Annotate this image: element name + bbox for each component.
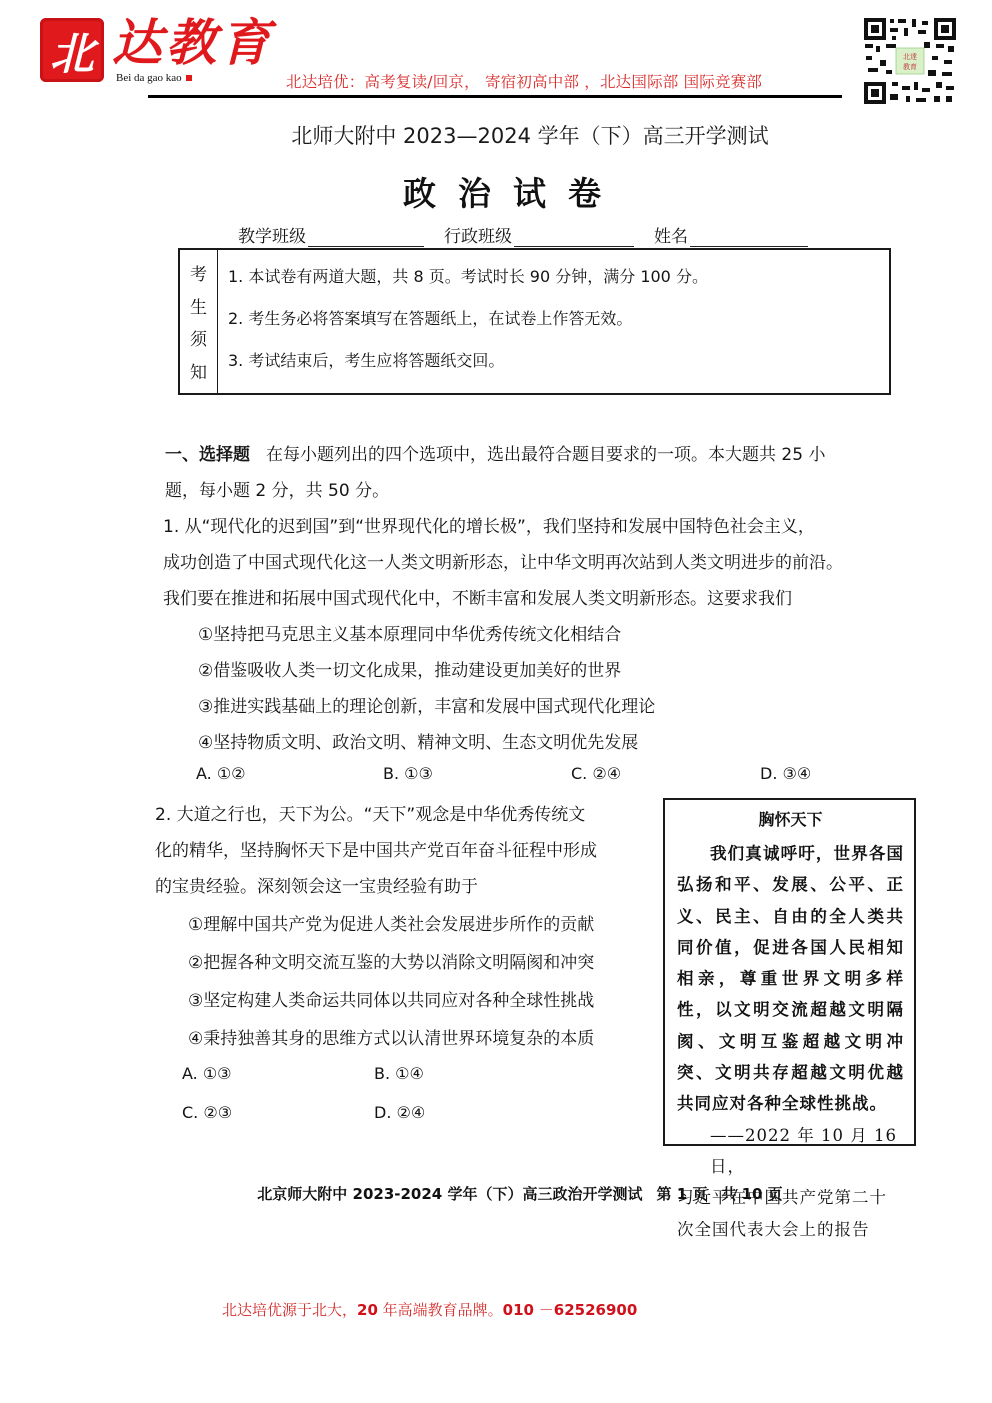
q2-option-d[interactable]: D. ②④ xyxy=(374,1103,425,1122)
q1-stem-line: 1. 从“现代化的迟到国”到“世界现代化的增长极”，我们坚持和发展中国特色社会主… xyxy=(163,512,815,537)
svg-text:教育: 教育 xyxy=(903,62,917,71)
q2-stem-line: 的宝贵经验。深刻领会这一宝贵经验有助于 xyxy=(155,872,478,897)
q1-option-a[interactable]: A. ①② xyxy=(196,764,383,783)
student-info-fields: 教学班级 行政班级 姓名 xyxy=(238,222,808,247)
name-label: 姓名 xyxy=(654,222,688,247)
section-instructions: 在每小题列出的四个选项中，选出最符合题目要求的一项。本大题共 25 小 xyxy=(266,445,825,465)
ad-footer: 北达培优源于北大，20 年高端教育品牌。010 －62526900 xyxy=(222,1299,637,1320)
q1-statement: ①坚持把马克思主义基本原理同中华优秀传统文化相结合 xyxy=(198,620,621,645)
admin-class-input[interactable] xyxy=(514,229,634,247)
header-slogan: 北达培优：高考复读/回京， 寄宿初高中部 ，北达国际部 国际竞赛部 xyxy=(286,70,762,92)
q1-statement: ②借鉴吸收人类一切文化成果，推动建设更加美好的世界 xyxy=(198,656,621,681)
notice-item: 3. 考试结束后，考生应将答题纸交回。 xyxy=(228,348,889,371)
teaching-class-label: 教学班级 xyxy=(238,222,306,247)
q2-statement: ①理解中国共产党为促进人类社会发展进步所作的贡献 xyxy=(188,910,594,935)
ad-phone-prefix: 010 xyxy=(503,1301,534,1319)
section-heading: 一、选择题 xyxy=(165,445,250,465)
quote-body: 我们真诚呼吁，世界各国弘扬和平、发展、公平、正义、民主、自由的全人类共同价值，促… xyxy=(677,838,904,1120)
logo-subtitle-text: Bei da gao kao xyxy=(116,72,182,84)
q1-statement: ③推进实践基础上的理论创新，丰富和发展中国式现代化理论 xyxy=(198,692,655,717)
header-divider xyxy=(148,95,842,98)
ad-years: 20 xyxy=(357,1301,378,1319)
logo-glyph: 北 xyxy=(50,18,94,82)
admin-class-field[interactable]: 行政班级 xyxy=(444,222,634,247)
exam-notice-box: 考 生 须 知 1. 本试卷有两道大题，共 8 页。考试时长 90 分钟，满分 … xyxy=(178,248,891,395)
q2-option-a[interactable]: A. ①③ xyxy=(182,1064,374,1083)
q2-stem-line: 化的精华，坚持胸怀天下是中国共产党百年奋斗征程中形成 xyxy=(155,836,597,861)
logo-mark: 北 xyxy=(40,18,104,82)
section-instructions-line1: 一、选择题在每小题列出的四个选项中，选出最符合题目要求的一项。本大题共 25 小 xyxy=(165,440,825,465)
ad-phone-number: 62526900 xyxy=(554,1301,638,1319)
q1-option-b[interactable]: B. ①③ xyxy=(383,764,571,783)
q2-options-row2: C. ②③ D. ②④ xyxy=(182,1103,425,1122)
quote-box: 胸怀天下 我们真诚呼吁，世界各国弘扬和平、发展、公平、正义、民主、自由的全人类共… xyxy=(663,798,916,1146)
page-footer: 北京师大附中 2023-2024 学年（下）高三政治开学测试第 1 页共 10 … xyxy=(0,1183,992,1204)
quote-source-date: ——2022 年 10 月 16 日， xyxy=(677,1120,904,1183)
teaching-class-field[interactable]: 教学班级 xyxy=(238,222,424,247)
q2-option-b[interactable]: B. ①④ xyxy=(374,1064,424,1083)
section-instructions-line2: 题，每小题 2 分，共 50 分。 xyxy=(165,476,389,501)
notice-item: 2. 考生务必将答案填写在答题纸上，在试卷上作答无效。 xyxy=(228,306,889,329)
notice-label-char: 考 xyxy=(190,260,207,285)
name-input[interactable] xyxy=(690,229,808,247)
qr-code-icon: 北達 教育 xyxy=(862,16,958,106)
name-field[interactable]: 姓名 xyxy=(654,222,808,247)
notice-items: 1. 本试卷有两道大题，共 8 页。考试时长 90 分钟，满分 100 分。 2… xyxy=(218,250,889,393)
svg-text:北達: 北達 xyxy=(903,52,917,61)
q1-option-d[interactable]: D. ③④ xyxy=(760,764,811,783)
page-number: 第 1 页 xyxy=(656,1185,707,1203)
q1-option-c[interactable]: C. ②④ xyxy=(571,764,760,783)
q1-stem-line: 我们要在推进和拓展中国式现代化中，不断丰富和发展人类文明新形态。这要求我们 xyxy=(163,584,792,609)
admin-class-label: 行政班级 xyxy=(444,222,512,247)
q2-statement: ②把握各种文明交流互鉴的大势以消除文明隔阂和冲突 xyxy=(188,948,594,973)
q1-statement: ④坚持物质文明、政治文明、精神文明、生态文明优先发展 xyxy=(198,728,638,753)
notice-label: 考 生 须 知 xyxy=(180,250,218,393)
ad-phone-sep: － xyxy=(534,1301,554,1319)
q1-options: A. ①② B. ①③ C. ②④ D. ③④ xyxy=(196,764,811,783)
page-total: 共 10 页 xyxy=(721,1185,782,1203)
logo-wordmark: 达教育 xyxy=(112,14,274,72)
logo-subtitle: Bei da gao kao xyxy=(116,72,192,84)
notice-label-char: 生 xyxy=(190,293,207,318)
ad-text: 年高端教育品牌。 xyxy=(378,1301,503,1319)
q2-stem-line: 2. 大道之行也，天下为公。“天下”观念是中华优秀传统文 xyxy=(155,800,585,825)
q2-option-c[interactable]: C. ②③ xyxy=(182,1103,374,1122)
q2-statement: ④秉持独善其身的思维方式以认清世界环境复杂的本质 xyxy=(188,1024,594,1049)
quote-title: 胸怀天下 xyxy=(677,808,904,832)
q2-options-row1: A. ①③ B. ①④ xyxy=(182,1064,424,1083)
footer-exam-name: 北京师大附中 2023-2024 学年（下）高三政治开学测试 xyxy=(257,1185,642,1203)
teaching-class-input[interactable] xyxy=(308,229,424,247)
notice-item: 1. 本试卷有两道大题，共 8 页。考试时长 90 分钟，满分 100 分。 xyxy=(228,264,889,287)
q1-stem-line: 成功创造了中国式现代化这一人类文明新形态，让中华文明再次站到人类文明进步的前沿。 xyxy=(163,548,843,573)
red-square-icon xyxy=(186,75,192,81)
notice-label-char: 须 xyxy=(190,325,207,350)
notice-label-char: 知 xyxy=(190,358,207,383)
subject-title: 政治试卷 xyxy=(403,168,623,215)
exam-title: 北师大附中 2023—2024 学年（下）高三开学测试 xyxy=(0,120,992,150)
ad-text: 北达培优源于北大， xyxy=(222,1301,357,1319)
q2-statement: ③坚定构建人类命运共同体以共同应对各种全球性挑战 xyxy=(188,986,594,1011)
